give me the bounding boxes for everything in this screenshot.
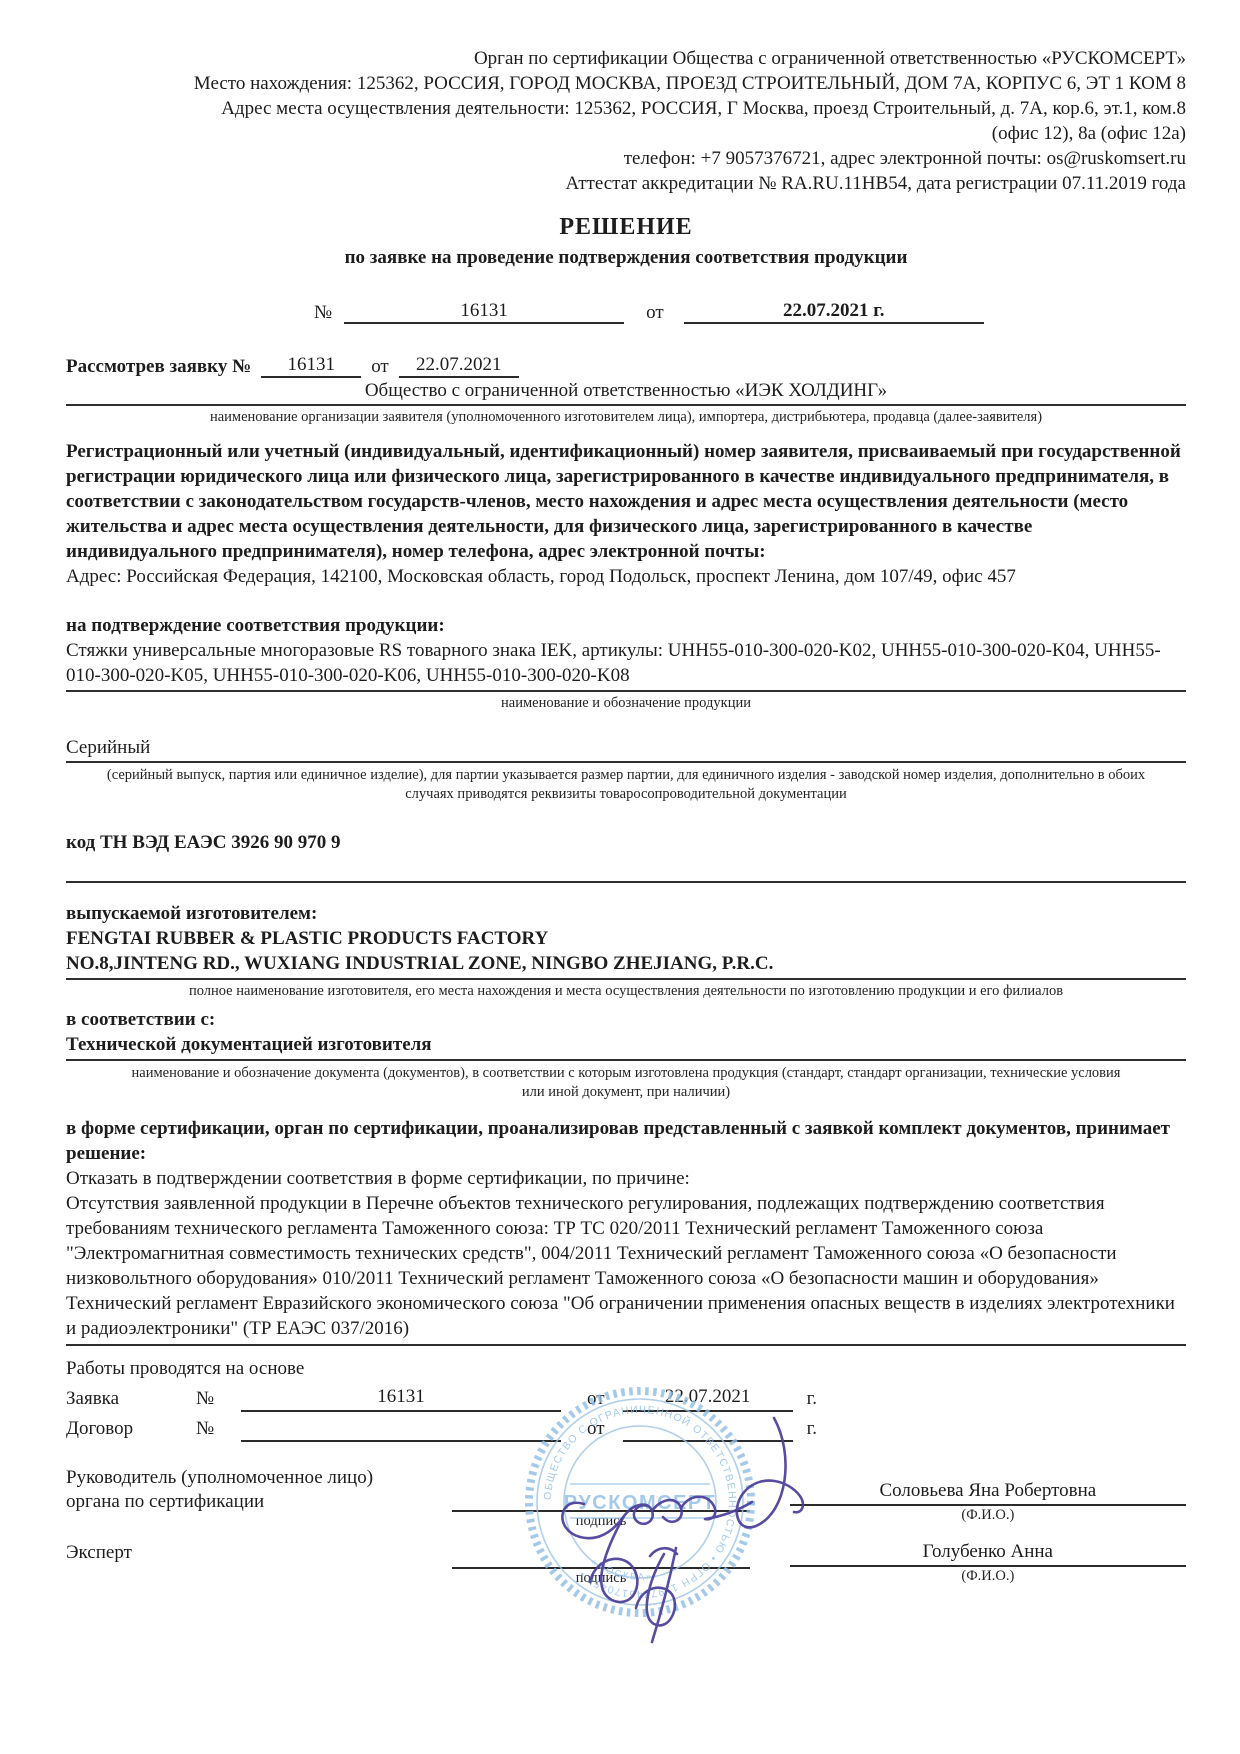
tnved-code: код ТН ВЭД ЕАЭС 3926 90 970 9 [66, 830, 1186, 855]
org-header-line: Адрес места осуществления деятельности: … [66, 96, 1186, 121]
year-label: г. [807, 1416, 817, 1442]
signatory-name-block: Соловьева Яна Робертовна (Ф.И.О.) [790, 1466, 1186, 1531]
basis-label: Заявка [66, 1386, 196, 1412]
page-subtitle: по заявке на проведение подтверждения со… [66, 245, 1186, 270]
org-header: Орган по сертификации Общества с огранич… [66, 46, 1186, 196]
basis-number-value: 16131 [241, 1384, 561, 1412]
signatory-name: Соловьева Яна Робертовна [790, 1480, 1186, 1506]
ot-label: от [587, 1386, 605, 1412]
number-label: № [314, 302, 332, 324]
basis-number-value [241, 1416, 561, 1442]
org-header-line: Место нахождения: 125362, РОССИЯ, ГОРОД … [66, 71, 1186, 96]
role-line: Руководитель (уполномоченное лицо) [66, 1466, 452, 1490]
signature-line [452, 1541, 749, 1569]
basis-date-value: 22.07.2021 [623, 1384, 793, 1412]
signature-row-head: Руководитель (уполномоченное лицо) орган… [66, 1466, 1186, 1531]
applicant-note: наименование организации заявителя (упол… [66, 408, 1186, 427]
manufacturer-note: полное наименование изготовителя, его ме… [66, 982, 1186, 1001]
signature-row-expert: Эксперт подпись Голубенко Анна (Ф.И.О.) [66, 1541, 1186, 1588]
application-number-value: 16131 [261, 354, 361, 378]
decision-intro: в форме сертификации, орган по сертифика… [66, 1116, 1186, 1166]
signatory-role: Руководитель (уполномоченное лицо) орган… [66, 1466, 452, 1531]
ot-label: от [587, 1416, 605, 1442]
basis-heading: Работы проводятся на основе [66, 1358, 1186, 1380]
decision-result: Отказать в подтверждении соответствия в … [66, 1166, 1186, 1191]
serial-note: (серийный выпуск, партия или единичное и… [66, 766, 1186, 804]
product-note: наименование и обозначение продукции [66, 694, 1186, 713]
signatory-name: Голубенко Анна [790, 1541, 1186, 1567]
year-label: г. [807, 1386, 817, 1412]
reviewed-application-row: Рассмотрев заявку № 16131 от 22.07.2021 [66, 354, 1186, 378]
application-date-value: 22.07.2021 [399, 354, 519, 378]
decision-number-value: 16131 [344, 300, 624, 324]
manufacturer-heading: выпускаемой изготовителем: [66, 901, 1186, 926]
org-header-line: (офис 12), 8а (офис 12а) [66, 121, 1186, 146]
decision-number-row: № 16131 от 22.07.2021 г. [314, 300, 1186, 324]
signature-field: подпись [452, 1466, 749, 1531]
bottom-block: Работы проводятся на основе Заявка № 161… [66, 1358, 1186, 1588]
serial-type: Серийный [66, 737, 1186, 763]
ot-label: от [371, 356, 389, 378]
org-header-line: телефон: +7 9057376721, адрес электронно… [66, 146, 1186, 171]
fio-note: (Ф.И.О.) [790, 1506, 1186, 1525]
role-line: Эксперт [66, 1541, 452, 1565]
manufacturer-address: NO.8,JINTENG RD., WUXIANG INDUSTRIAL ZON… [66, 951, 1186, 980]
basis-row-contract: Договор № от г. [66, 1416, 1186, 1442]
registration-paragraph: Регистрационный или учетный (индивидуаль… [66, 439, 1186, 564]
signatory-role: Эксперт [66, 1541, 452, 1588]
decision-reason: Отсутствия заявленной продукции в Перечн… [66, 1191, 1186, 1346]
signature-note: подпись [452, 1569, 749, 1588]
applicant-name: Общество с ограниченной ответственностью… [66, 380, 1186, 406]
manufacturer-name: FENGTAI RUBBER & PLASTIC PRODUCTS FACTOR… [66, 926, 1186, 951]
page-title: РЕШЕНИЕ [66, 214, 1186, 241]
conformity-note: наименование и обозначение документа (до… [66, 1064, 1186, 1102]
signature-line [452, 1466, 749, 1512]
reviewed-label: Рассмотрев заявку № [66, 356, 251, 378]
product-description: Стяжки универсальные многоразовые RS тов… [66, 638, 1186, 692]
basis-label: Договор [66, 1416, 196, 1442]
conformity-document: Технической документацией изготовителя [66, 1032, 1186, 1061]
product-heading: на подтверждение соответствия продукции: [66, 613, 1186, 638]
org-header-line: Аттестат аккредитации № RA.RU.11НВ54, да… [66, 171, 1186, 196]
signatory-name-block: Голубенко Анна (Ф.И.О.) [790, 1541, 1186, 1588]
decision-date-value: 22.07.2021 г. [684, 300, 984, 324]
fio-note: (Ф.И.О.) [790, 1567, 1186, 1586]
org-header-line: Орган по сертификации Общества с огранич… [66, 46, 1186, 71]
signature-field: подпись [452, 1541, 749, 1588]
basis-date-value [623, 1416, 793, 1442]
role-line: органа по сертификации [66, 1490, 452, 1514]
conformity-heading: в соответствии с: [66, 1007, 1186, 1032]
ot-label: от [646, 302, 664, 324]
signature-note: подпись [452, 1512, 749, 1531]
applicant-address: Адрес: Российская Федерация, 142100, Мос… [66, 564, 1186, 589]
document-page: Орган по сертификации Общества с огранич… [0, 0, 1240, 1754]
section-divider [66, 881, 1186, 883]
number-sign: № [196, 1416, 241, 1442]
basis-row-application: Заявка № 16131 от 22.07.2021 г. [66, 1384, 1186, 1412]
number-sign: № [196, 1386, 241, 1412]
